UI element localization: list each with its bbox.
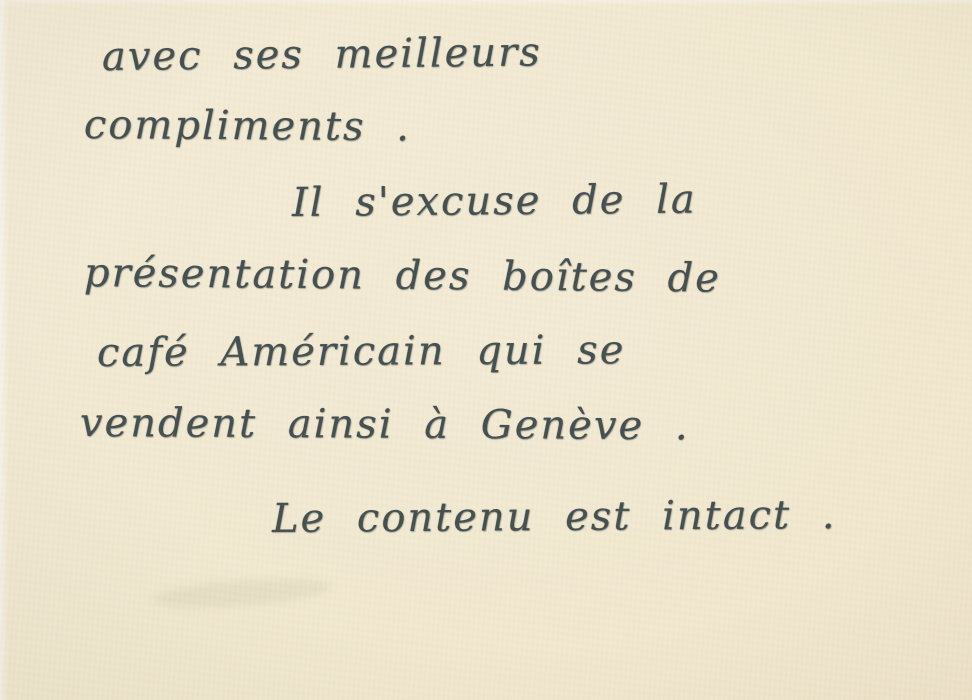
handwriting-line-3: Il s'excuse de la	[292, 176, 697, 226]
handwriting-line-6: vendent ainsi à Genève .	[80, 400, 690, 449]
handwriting-line-4: présentation des boîtes de	[84, 250, 721, 302]
handwritten-note-card: avec ses meilleurs compliments . Il s'ex…	[0, 0, 972, 700]
handwriting-line-2: compliments .	[84, 102, 411, 150]
handwriting-line-1: avec ses meilleurs	[102, 29, 542, 80]
handwriting-line-5: café Américain qui se	[97, 327, 626, 376]
ink-smudge	[151, 574, 332, 612]
handwriting-line-7: Le contenu est intact .	[272, 492, 837, 542]
